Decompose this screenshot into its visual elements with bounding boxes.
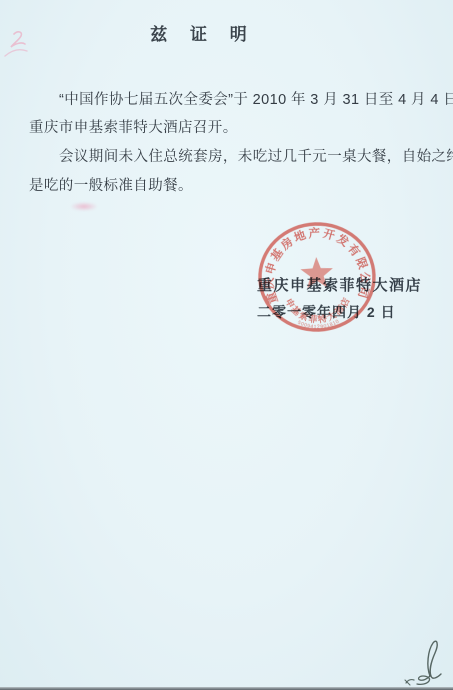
- document-body: “中国作协七届五次全委会”于 2010 年 3 月 31 日至 4 月 4 日 …: [29, 86, 439, 200]
- document-title: 兹 证 明: [0, 20, 406, 45]
- paragraph-2-line-1: 会议期间未入住总统套房，未吃过几千元一桌大餐，自始之终都: [29, 143, 439, 171]
- pen-signature-icon: [400, 636, 450, 688]
- pink-smudge-mark: [70, 202, 98, 211]
- pink-scribble-icon: [2, 26, 36, 64]
- paragraph-1-line-1: “中国作协七届五次全委会”于 2010 年 3 月 31 日至 4 月 4 日 …: [29, 86, 439, 114]
- scanned-certificate-page: 兹 证 明 “中国作协七届五次全委会”于 2010 年 3 月 31 日至 4 …: [0, 0, 453, 690]
- paragraph-2-line-2: 是吃的一般标准自助餐。: [29, 172, 439, 200]
- signature-organization: 重庆申基索菲特大酒店: [257, 274, 422, 295]
- signature-date: 二零一零年四月 2 日: [257, 302, 396, 322]
- paragraph-1-line-2: 重庆市申基索菲特大酒店召开。: [29, 114, 439, 142]
